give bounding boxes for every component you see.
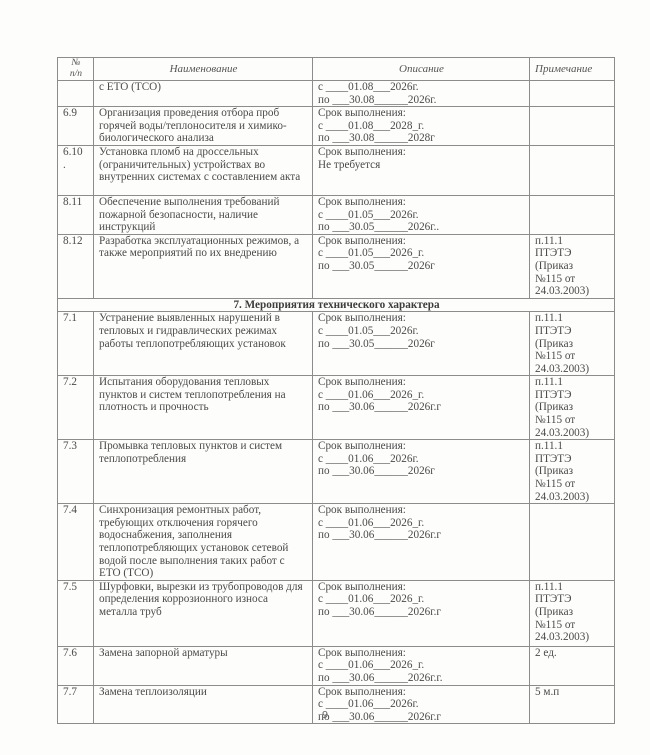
description-line: с ____01.06___2026_г. [318, 593, 525, 606]
description-line: Срок выполнения: [318, 686, 525, 699]
row-description: Срок выполнения:Не требуется [313, 145, 530, 195]
table-row: с ЕТО (ТСО)с ____01.08___2026г.по ___30.… [58, 81, 615, 107]
description-line: по ___30.06______2026г.г [318, 529, 525, 542]
row-name: Устранение выявленных нарушений в теплов… [94, 312, 313, 376]
row-name: Замена запорной арматуры [94, 646, 313, 685]
row-number: 6.10 . [58, 145, 94, 195]
row-note [530, 145, 615, 195]
row-note [530, 504, 615, 581]
header-num: № п/п [58, 58, 94, 81]
description-line: по ___30.08______2026г. [318, 94, 525, 107]
table-row: 7.5Шурфовки, вырезки из трубопроводов дл… [58, 580, 615, 646]
description-line: с ____01.06___2026г. [318, 453, 525, 466]
table-row: 7.3Промывка тепловых пунктов и систем те… [58, 440, 615, 504]
row-name: Испытания оборудования тепловых пунктов … [94, 376, 313, 440]
row-description: Срок выполнения:с ____01.06___2026_г.по … [313, 646, 530, 685]
row-note: п.11.1 ПТЭТЭ (Приказ №115 от 24.03.2003) [530, 312, 615, 376]
description-line: по ___30.06______2026г.г [318, 401, 525, 414]
description-line: с ____01.06___2026_г. [318, 389, 525, 402]
row-note: 2 ед. [530, 646, 615, 685]
description-line: Срок выполнения: [318, 647, 525, 660]
description-line: с ____01.05___2026г. [318, 325, 525, 338]
row-number: 7.6 [58, 646, 94, 685]
row-name: Промывка тепловых пунктов и систем тепло… [94, 440, 313, 504]
row-description: Срок выполнения:с ____01.05___2026_г.по … [313, 234, 530, 298]
description-line: по ___30.05______2026г [318, 338, 525, 351]
row-note [530, 195, 615, 234]
table-header-row: № п/п Наименование Описание Примечание [58, 58, 615, 81]
description-line: с ____01.05___2026_г. [318, 247, 525, 260]
header-note: Примечание [530, 58, 615, 81]
row-number: 7.1 [58, 312, 94, 376]
description-line: с ____01.06___2026_г. [318, 659, 525, 672]
row-description: Срок выполнения:с ____01.06___2026_г.по … [313, 580, 530, 646]
description-line: с ____01.06___2026г. [318, 698, 525, 711]
table-row: 6.10 .Установка пломб на дроссельных (ог… [58, 145, 615, 195]
row-note: п.11.1 ПТЭТЭ (Приказ №115 от 24.03.2003) [530, 234, 615, 298]
description-line: Срок выполнения: [318, 235, 525, 248]
row-name: Организация проведения отбора проб горяч… [94, 107, 313, 146]
row-name: Синхронизация ремонтных работ, требующих… [94, 504, 313, 581]
description-line: Срок выполнения: [318, 146, 525, 159]
section-header-row: 7. Мероприятия технического характера [58, 298, 615, 312]
description-line: по ___30.06______2026г [318, 465, 525, 478]
row-note [530, 107, 615, 146]
row-name: Установка пломб на дроссельных (ограничи… [94, 145, 313, 195]
page-number: 9 [0, 710, 650, 721]
description-line: по ___30.06______2026г.г [318, 606, 525, 619]
description-line: Срок выполнения: [318, 107, 525, 120]
description-line: Срок выполнения: [318, 440, 525, 453]
table-row: 8.11Обеспечение выполнения требований по… [58, 195, 615, 234]
rows-before-section: с ЕТО (ТСО)с ____01.08___2026г.по ___30.… [58, 81, 615, 299]
row-number: 6.9 [58, 107, 94, 146]
description-line: с ____01.08___2026г. [318, 81, 525, 94]
table-row: 8.12Разработка эксплуатационных режимов,… [58, 234, 615, 298]
row-description: Срок выполнения:с ____01.06___2026_г.по … [313, 376, 530, 440]
section-title: 7. Мероприятия технического характера [58, 298, 615, 312]
row-note: п.11.1 ПТЭТЭ (Приказ №115 от 24.03.2003) [530, 580, 615, 646]
table-row: 7.1Устранение выявленных нарушений в теп… [58, 312, 615, 376]
row-note: п.11.1 ПТЭТЭ (Приказ №115 от 24.03.2003) [530, 440, 615, 504]
description-line: с ____01.06___2026_г. [318, 517, 525, 530]
row-name: Шурфовки, вырезки из трубопроводов для о… [94, 580, 313, 646]
description-line: Срок выполнения: [318, 376, 525, 389]
row-description: Срок выполнения:с ____01.05___2026г.по _… [313, 312, 530, 376]
row-note [530, 81, 615, 107]
description-line: Срок выполнения: [318, 581, 525, 594]
row-name: с ЕТО (ТСО) [94, 81, 313, 107]
row-description: Срок выполнения:с ____01.08___2028_г.по … [313, 107, 530, 146]
description-line: с ____01.05___2026г. [318, 209, 525, 222]
row-number: 8.12 [58, 234, 94, 298]
description-line: Срок выполнения: [318, 312, 525, 325]
row-number [58, 81, 94, 107]
document-page: № п/п Наименование Описание Примечание с… [0, 0, 650, 755]
description-line: по ___30.05______2026г [318, 260, 525, 273]
row-description: Срок выполнения:с ____01.06___2026_г.по … [313, 504, 530, 581]
header-description: Описание [313, 58, 530, 81]
row-name: Разработка эксплуатационных режимов, а т… [94, 234, 313, 298]
row-number: 7.4 [58, 504, 94, 581]
rows-after-section: 7.1Устранение выявленных нарушений в теп… [58, 312, 615, 724]
row-description: Срок выполнения:с ____01.06___2026г.по _… [313, 440, 530, 504]
description-line: с ____01.08___2028_г. [318, 120, 525, 133]
row-number: 7.5 [58, 580, 94, 646]
description-line: по ___30.08______2028г [318, 132, 525, 145]
row-number: 7.3 [58, 440, 94, 504]
row-number: 8.11 [58, 195, 94, 234]
description-line: Срок выполнения: [318, 196, 525, 209]
row-number: 7.2 [58, 376, 94, 440]
row-description: Срок выполнения:с ____01.05___2026г.по _… [313, 195, 530, 234]
description-line: Срок выполнения: [318, 504, 525, 517]
table-row: 7.6Замена запорной арматурыСрок выполнен… [58, 646, 615, 685]
header-name: Наименование [94, 58, 313, 81]
table-row: 7.2Испытания оборудования тепловых пункт… [58, 376, 615, 440]
measures-table: № п/п Наименование Описание Примечание с… [57, 57, 615, 724]
description-line: по ___30.05______2026г.. [318, 221, 525, 234]
table-row: 6.9Организация проведения отбора проб го… [58, 107, 615, 146]
row-description: с ____01.08___2026г.по ___30.08______202… [313, 81, 530, 107]
row-name: Обеспечение выполнения требований пожарн… [94, 195, 313, 234]
row-note: п.11.1 ПТЭТЭ (Приказ №115 от 24.03.2003) [530, 376, 615, 440]
description-line: Не требуется [318, 159, 525, 172]
table-row: 7.4Синхронизация ремонтных работ, требую… [58, 504, 615, 581]
description-line: по ___30.06______2026г.г. [318, 672, 525, 685]
